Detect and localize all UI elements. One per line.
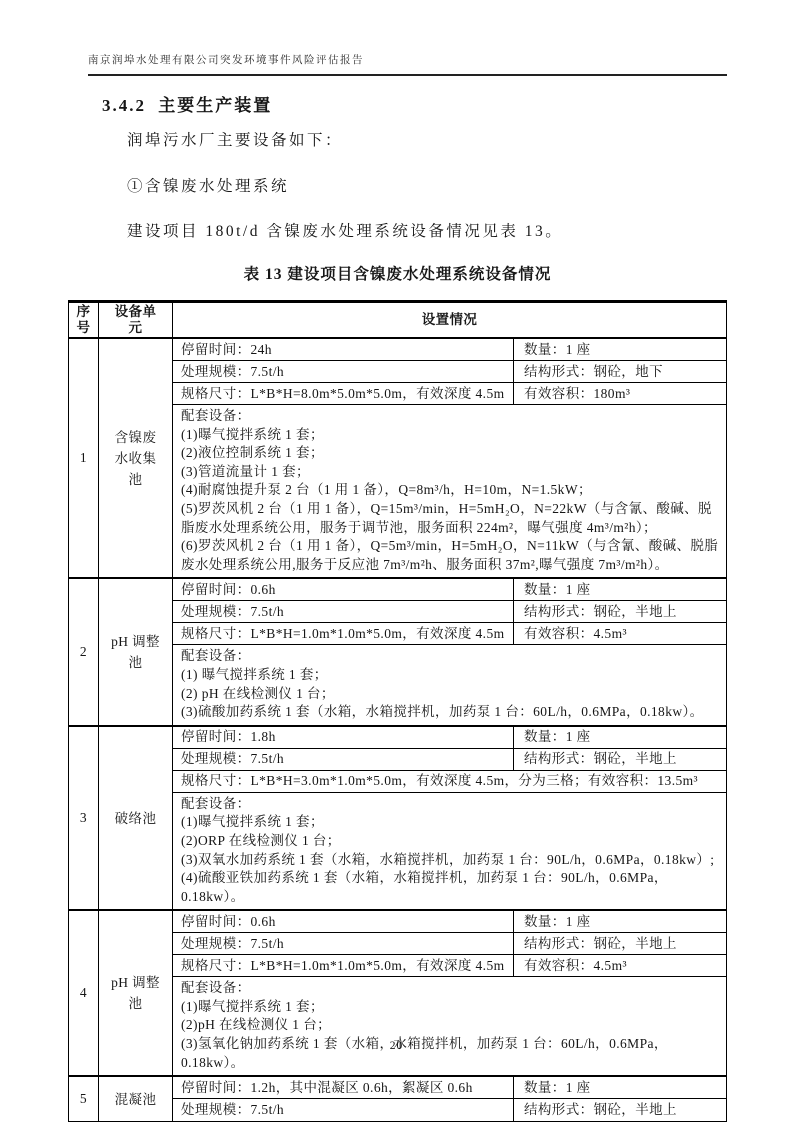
table-row: 4 pH 调整池 停留时间：0.6h 数量：1 座 处理规模：7.5t/h 结构… <box>69 911 726 1077</box>
equipment-line: (1) 曝气搅拌系统 1 套； <box>181 666 722 685</box>
equipment-line: (2) pH 在线检测仪 1 台； <box>181 685 722 704</box>
equipment-line: (3)双氧水加药系统 1 套（水箱，水箱搅拌机，加药泵 1 台：90L/h，0.… <box>181 851 722 870</box>
table-row: 5 混凝池 停留时间：1.2h，其中混凝区 0.6h，絮凝区 0.6h 数量：1… <box>69 1077 726 1121</box>
equipment-unit: pH 调整池 <box>99 579 173 724</box>
detail-row: 处理规模：7.5t/h 结构形式：钢砼，半地上 <box>173 601 726 623</box>
detail-cell: 结构形式：钢砼，地下 <box>514 362 726 382</box>
auxiliary-equipment-block: 配套设备： (1)曝气搅拌系统 1 套； (2)pH 在线检测仪 1 台； (3… <box>173 977 726 1075</box>
table-row: 1 含镍废水收集池 停留时间：24h 数量：1 座 处理规模：7.5t/h 结构… <box>69 339 726 579</box>
detail-cell: 结构形式：钢砼，半地上 <box>514 934 726 954</box>
row-number: 3 <box>69 727 99 910</box>
equipment-unit: 混凝池 <box>99 1077 173 1121</box>
detail-cell: 有效容积：4.5m³ <box>514 624 726 644</box>
detail-cell: 停留时间：1.2h，其中混凝区 0.6h，絮凝区 0.6h <box>173 1077 514 1098</box>
detail-cell: 有效容积：4.5m³ <box>514 956 726 976</box>
row-details: 停留时间：1.2h，其中混凝区 0.6h，絮凝区 0.6h 数量：1 座 处理规… <box>173 1077 726 1121</box>
header-cell-no: 序号 <box>69 303 99 337</box>
equipment-line: (6)罗茨风机 2 台（1 用 1 备），Q=5m³/min，H=5mH₂O，N… <box>181 537 722 574</box>
row-number: 2 <box>69 579 99 724</box>
detail-row: 处理规模：7.5t/h 结构形式：钢砼，半地上 <box>173 933 726 955</box>
table-header-row: 序号 设备单元 设置情况 <box>69 303 726 339</box>
detail-cell: 停留时间：0.6h <box>173 911 514 932</box>
section-heading: 3.4.2 主要生产装置 <box>102 91 727 116</box>
equipment-table: 序号 设备单元 设置情况 1 含镍废水收集池 停留时间：24h 数量：1 座 处… <box>68 300 727 1122</box>
table-row: 3 破络池 停留时间：1.8h 数量：1 座 处理规模：7.5t/h 结构形式：… <box>69 727 726 912</box>
detail-cell: 结构形式：钢砼，半地上 <box>514 602 726 622</box>
detail-row: 停留时间：0.6h 数量：1 座 <box>173 579 726 601</box>
equipment-unit: 含镍废水收集池 <box>99 339 173 577</box>
equipment-line: (1)曝气搅拌系统 1 套； <box>181 998 722 1017</box>
row-details: 停留时间：0.6h 数量：1 座 处理规模：7.5t/h 结构形式：钢砼，半地上… <box>173 579 726 724</box>
detail-row: 处理规模：7.5t/h 结构形式：钢砼，地下 <box>173 361 726 383</box>
equipment-line: (4)硫酸亚铁加药系统 1 套（水箱，水箱搅拌机，加药泵 1 台：90L/h，0… <box>181 869 722 906</box>
row-details: 停留时间：1.8h 数量：1 座 处理规模：7.5t/h 结构形式：钢砼，半地上… <box>173 727 726 910</box>
detail-row: 规格尺寸：L*B*H=1.0m*1.0m*5.0m，有效深度 4.5m 有效容积… <box>173 623 726 645</box>
page-content: 南京润埠水处理有限公司突发环境事件风险评估报告 3.4.2 主要生产装置 润埠污… <box>68 0 727 1122</box>
detail-row: 停留时间：1.2h，其中混凝区 0.6h，絮凝区 0.6h 数量：1 座 <box>173 1077 726 1099</box>
detail-cell: 规格尺寸：L*B*H=3.0m*1.0m*5.0m，有效深度 4.5m，分为三格… <box>173 771 726 792</box>
detail-cell: 数量：1 座 <box>514 727 726 747</box>
detail-cell: 结构形式：钢砼，半地上 <box>514 1100 726 1120</box>
detail-cell: 规格尺寸：L*B*H=1.0m*1.0m*5.0m，有效深度 4.5m <box>173 955 514 976</box>
equipment-line: (2)ORP 在线检测仪 1 台； <box>181 832 722 851</box>
equipment-line: 配套设备： <box>181 795 722 814</box>
header-cell-unit: 设备单元 <box>99 303 173 337</box>
equipment-line: (5)罗茨风机 2 台（1 用 1 备），Q=15m³/min，H=5mH₂O，… <box>181 500 722 537</box>
equipment-line: 配套设备： <box>181 979 722 998</box>
table-title: 表 13 建设项目含镍废水处理系统设备情况 <box>68 262 727 284</box>
detail-cell: 停留时间：24h <box>173 339 514 360</box>
row-number: 1 <box>69 339 99 577</box>
auxiliary-equipment-block: 配套设备： (1) 曝气搅拌系统 1 套； (2) pH 在线检测仪 1 台； … <box>173 645 726 724</box>
page-number: 20 <box>0 1040 793 1052</box>
detail-cell: 处理规模：7.5t/h <box>173 1099 514 1121</box>
document-page: 南京润埠水处理有限公司突发环境事件风险评估报告 3.4.2 主要生产装置 润埠污… <box>0 0 793 1122</box>
header-rule <box>88 74 727 76</box>
detail-row: 处理规模：7.5t/h 结构形式：钢砼，半地上 <box>173 749 726 771</box>
detail-cell: 数量：1 座 <box>514 580 726 600</box>
detail-cell: 数量：1 座 <box>514 912 726 932</box>
detail-row: 规格尺寸：L*B*H=3.0m*1.0m*5.0m，有效深度 4.5m，分为三格… <box>173 771 726 793</box>
table-row: 2 pH 调整池 停留时间：0.6h 数量：1 座 处理规模：7.5t/h 结构… <box>69 579 726 726</box>
auxiliary-equipment-block: 配套设备： (1)曝气搅拌系统 1 套； (2)ORP 在线检测仪 1 台； (… <box>173 793 726 910</box>
detail-cell: 规格尺寸：L*B*H=1.0m*1.0m*5.0m，有效深度 4.5m <box>173 623 514 644</box>
detail-row: 停留时间：0.6h 数量：1 座 <box>173 911 726 933</box>
detail-cell: 规格尺寸：L*B*H=8.0m*5.0m*5.0m，有效深度 4.5m <box>173 383 514 404</box>
auxiliary-equipment-block: 配套设备： (1)曝气搅拌系统 1 套； (2)液位控制系统 1 套； (3)管… <box>173 405 726 577</box>
row-number: 5 <box>69 1077 99 1121</box>
paragraph: ①含镍废水处理系统 <box>127 174 727 196</box>
equipment-line: (4)耐腐蚀提升泵 2 台（1 用 1 备），Q=8m³/h，H=10m，N=1… <box>181 481 722 500</box>
equipment-line: 配套设备： <box>181 647 722 666</box>
row-details: 停留时间：24h 数量：1 座 处理规模：7.5t/h 结构形式：钢砼，地下 规… <box>173 339 726 577</box>
running-header: 南京润埠水处理有限公司突发环境事件风险评估报告 <box>88 0 727 67</box>
detail-row: 规格尺寸：L*B*H=8.0m*5.0m*5.0m，有效深度 4.5m 有效容积… <box>173 383 726 405</box>
equipment-unit: 破络池 <box>99 727 173 910</box>
detail-row: 规格尺寸：L*B*H=1.0m*1.0m*5.0m，有效深度 4.5m 有效容积… <box>173 955 726 977</box>
detail-cell: 停留时间：1.8h <box>173 727 514 748</box>
detail-cell: 处理规模：7.5t/h <box>173 933 514 954</box>
equipment-line: (1)曝气搅拌系统 1 套； <box>181 426 722 445</box>
detail-row: 停留时间：24h 数量：1 座 <box>173 339 726 361</box>
detail-cell: 数量：1 座 <box>514 340 726 360</box>
equipment-line: (3)管道流量计 1 套； <box>181 463 722 482</box>
detail-row: 停留时间：1.8h 数量：1 座 <box>173 727 726 749</box>
detail-cell: 处理规模：7.5t/h <box>173 361 514 382</box>
equipment-line: (2)pH 在线检测仪 1 台； <box>181 1016 722 1035</box>
detail-cell: 停留时间：0.6h <box>173 579 514 600</box>
equipment-line: (1)曝气搅拌系统 1 套； <box>181 813 722 832</box>
detail-row: 处理规模：7.5t/h 结构形式：钢砼，半地上 <box>173 1099 726 1121</box>
paragraph: 润埠污水厂主要设备如下： <box>127 128 727 150</box>
detail-cell: 处理规模：7.5t/h <box>173 601 514 622</box>
detail-cell: 数量：1 座 <box>514 1078 726 1098</box>
header-cell-info: 设置情况 <box>173 303 726 337</box>
detail-cell: 处理规模：7.5t/h <box>173 749 514 770</box>
equipment-line: (2)液位控制系统 1 套； <box>181 444 722 463</box>
paragraph: 建设项目 180t/d 含镍废水处理系统设备情况见表 13。 <box>127 219 727 241</box>
detail-cell: 有效容积：180m³ <box>514 384 726 404</box>
detail-cell: 结构形式：钢砼，半地上 <box>514 749 726 769</box>
equipment-line: (3)硫酸加药系统 1 套（水箱，水箱搅拌机，加药泵 1 台：60L/h，0.6… <box>181 703 722 722</box>
equipment-line: 配套设备： <box>181 407 722 426</box>
